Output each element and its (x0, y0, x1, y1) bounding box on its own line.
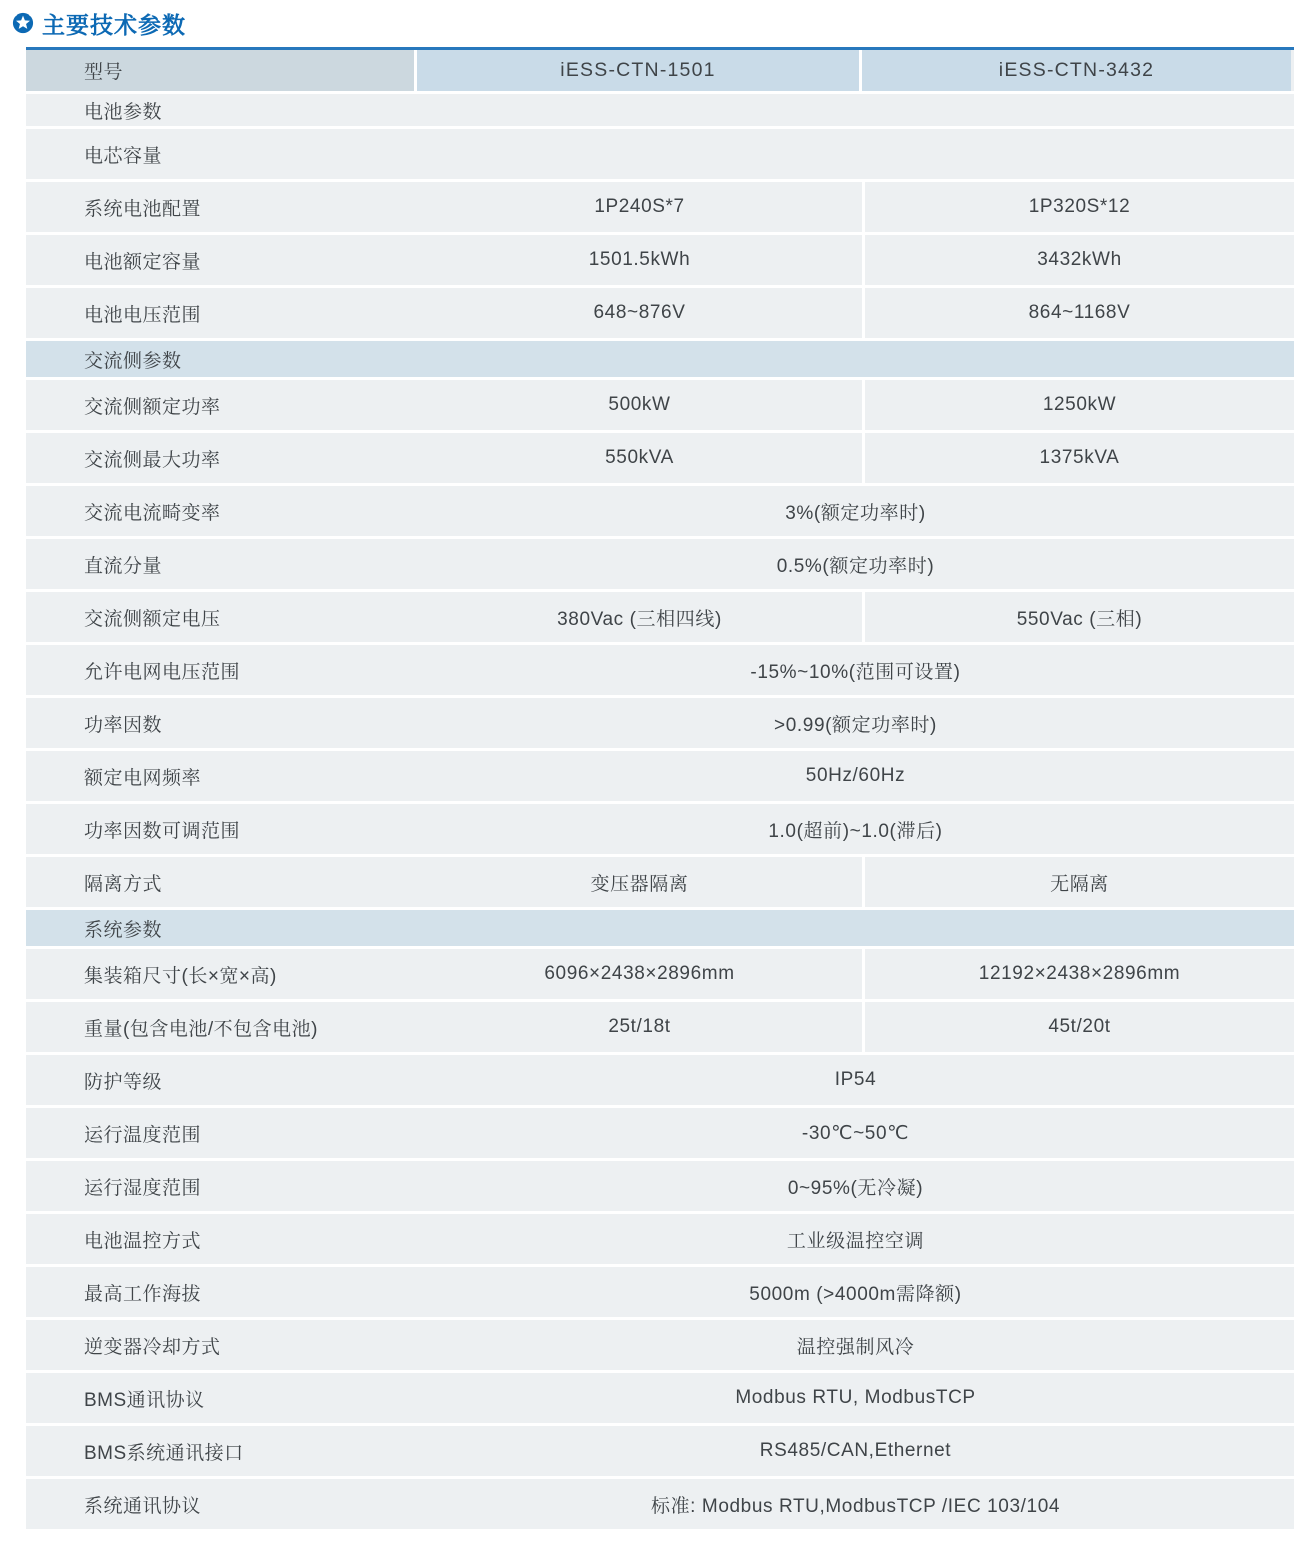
row-label: 防护等级 (26, 1055, 417, 1105)
row-value: 标准: Modbus RTU,ModbusTCP /IEC 103/104 (417, 1479, 1294, 1529)
row-value: 12192×2438×2896mm (862, 949, 1294, 999)
row-values: 标准: Modbus RTU,ModbusTCP /IEC 103/104 (417, 1479, 1294, 1529)
row-label: 交流电流畸变率 (26, 486, 417, 536)
row-value: 无隔离 (862, 857, 1294, 907)
table-row: 最高工作海拔5000m (>4000m需降额) (26, 1267, 1294, 1317)
table-row: 电池额定容量1501.5kWh3432kWh (26, 235, 1294, 285)
row-label: 功率因数 (26, 698, 417, 748)
table-row: 功率因数>0.99(额定功率时) (26, 698, 1294, 748)
row-label: 额定电网频率 (26, 751, 417, 801)
section-row: 交流侧参数 (26, 341, 1294, 377)
header-model-label: 型号 (26, 50, 417, 91)
row-label: 交流侧额定功率 (26, 380, 417, 430)
row-values: 648~876V864~1168V (417, 288, 1294, 338)
row-values: -30℃~50℃ (417, 1108, 1294, 1158)
table-row: BMS通讯协议Modbus RTU, ModbusTCP (26, 1373, 1294, 1423)
row-values: 6096×2438×2896mm12192×2438×2896mm (417, 949, 1294, 999)
row-value: 45t/20t (862, 1002, 1294, 1052)
row-values: 25t/18t45t/20t (417, 1002, 1294, 1052)
row-label: 运行湿度范围 (26, 1161, 417, 1211)
row-value: -30℃~50℃ (417, 1108, 1294, 1158)
row-label: 系统参数 (26, 910, 417, 946)
table-row: 交流侧额定电压380Vac (三相四线)550Vac (三相) (26, 592, 1294, 642)
page-title: 主要技术参数 (42, 7, 186, 40)
table-row: 运行温度范围-30℃~50℃ (26, 1108, 1294, 1158)
table-body: 电池参数电芯容量系统电池配置1P240S*71P320S*12电池额定容量150… (26, 94, 1294, 1529)
row-value: 648~876V (417, 288, 862, 338)
table-row: 逆变器冷却方式温控强制风冷 (26, 1320, 1294, 1370)
row-label: 重量(包含电池/不包含电池) (26, 1002, 417, 1052)
row-value: 0~95%(无冷凝) (417, 1161, 1294, 1211)
row-values: 50Hz/60Hz (417, 751, 1294, 801)
table-row: 电池电压范围648~876V864~1168V (26, 288, 1294, 338)
row-label: 电池参数 (26, 94, 417, 126)
row-value: 864~1168V (862, 288, 1294, 338)
row-label: 功率因数可调范围 (26, 804, 417, 854)
row-value: RS485/CAN,Ethernet (417, 1426, 1294, 1476)
row-value: 温控强制风冷 (417, 1320, 1294, 1370)
table-row: 集装箱尺寸(长×宽×高)6096×2438×2896mm12192×2438×2… (26, 949, 1294, 999)
row-values: 5000m (>4000m需降额) (417, 1267, 1294, 1317)
row-values: IP54 (417, 1055, 1294, 1105)
row-values: -15%~10%(范围可设置) (417, 645, 1294, 695)
row-value: IP54 (417, 1055, 1294, 1105)
star-circle-icon (12, 12, 34, 34)
table-row: 允许电网电压范围-15%~10%(范围可设置) (26, 645, 1294, 695)
table-row: 运行湿度范围0~95%(无冷凝) (26, 1161, 1294, 1211)
table-row: 功率因数可调范围1.0(超前)~1.0(滞后) (26, 804, 1294, 854)
row-values: RS485/CAN,Ethernet (417, 1426, 1294, 1476)
row-values (417, 94, 1294, 126)
row-values: 1P240S*71P320S*12 (417, 182, 1294, 232)
row-values: 500kW1250kW (417, 380, 1294, 430)
row-values: Modbus RTU, ModbusTCP (417, 1373, 1294, 1423)
header-model-2: iESS-CTN-3432 (859, 50, 1291, 91)
section-row: 电池参数 (26, 94, 1294, 126)
row-values (417, 910, 1294, 946)
row-value: 1P320S*12 (862, 182, 1294, 232)
table-row: 交流侧最大功率550kVA1375kVA (26, 433, 1294, 483)
table-row: 隔离方式变压器隔离无隔离 (26, 857, 1294, 907)
row-label: 系统电池配置 (26, 182, 417, 232)
row-value: 3%(额定功率时) (417, 486, 1294, 536)
row-values: 温控强制风冷 (417, 1320, 1294, 1370)
row-value: 1250kW (862, 380, 1294, 430)
table-row: 系统通讯协议标准: Modbus RTU,ModbusTCP /IEC 103/… (26, 1479, 1294, 1529)
row-value: 工业级温控空调 (417, 1214, 1294, 1264)
row-values (417, 341, 1294, 377)
row-label: 逆变器冷却方式 (26, 1320, 417, 1370)
row-value: 50Hz/60Hz (417, 751, 1294, 801)
table-row: 额定电网频率50Hz/60Hz (26, 751, 1294, 801)
row-value: 1501.5kWh (417, 235, 862, 285)
row-value: 变压器隔离 (417, 857, 862, 907)
row-values: 0~95%(无冷凝) (417, 1161, 1294, 1211)
header-values: iESS-CTN-1501 iESS-CTN-3432 (417, 50, 1294, 91)
row-value: 1.0(超前)~1.0(滞后) (417, 804, 1294, 854)
row-value: -15%~10%(范围可设置) (417, 645, 1294, 695)
row-label: 电池温控方式 (26, 1214, 417, 1264)
header-row: 型号 iESS-CTN-1501 iESS-CTN-3432 (26, 50, 1294, 91)
table-row: 系统电池配置1P240S*71P320S*12 (26, 182, 1294, 232)
row-value: 550Vac (三相) (862, 592, 1294, 642)
spec-sheet: 主要技术参数 型号 iESS-CTN-1501 iESS-CTN-3432 电池… (0, 0, 1300, 1529)
header-model-1: iESS-CTN-1501 (417, 50, 859, 91)
table-row: 直流分量0.5%(额定功率时) (26, 539, 1294, 589)
row-label: 最高工作海拔 (26, 1267, 417, 1317)
row-value: 500kW (417, 380, 862, 430)
row-values (417, 129, 1294, 179)
row-label: 集装箱尺寸(长×宽×高) (26, 949, 417, 999)
row-value: 380Vac (三相四线) (417, 592, 862, 642)
row-label: 电芯容量 (26, 129, 417, 179)
row-label: 运行温度范围 (26, 1108, 417, 1158)
row-values: 3%(额定功率时) (417, 486, 1294, 536)
row-label: 直流分量 (26, 539, 417, 589)
table-row: 重量(包含电池/不包含电池)25t/18t45t/20t (26, 1002, 1294, 1052)
table-row: 电芯容量 (26, 129, 1294, 179)
row-value: 6096×2438×2896mm (417, 949, 862, 999)
row-values: 变压器隔离无隔离 (417, 857, 1294, 907)
row-value: 5000m (>4000m需降额) (417, 1267, 1294, 1317)
row-label: 隔离方式 (26, 857, 417, 907)
row-values: 工业级温控空调 (417, 1214, 1294, 1264)
row-label: 系统通讯协议 (26, 1479, 417, 1529)
row-value: 550kVA (417, 433, 862, 483)
table-row: BMS系统通讯接口RS485/CAN,Ethernet (26, 1426, 1294, 1476)
row-values: 1.0(超前)~1.0(滞后) (417, 804, 1294, 854)
row-label: 允许电网电压范围 (26, 645, 417, 695)
row-value: 1375kVA (862, 433, 1294, 483)
row-values: 1501.5kWh3432kWh (417, 235, 1294, 285)
row-label: 电池电压范围 (26, 288, 417, 338)
table-row: 防护等级IP54 (26, 1055, 1294, 1105)
row-label: 交流侧参数 (26, 341, 417, 377)
row-value: 3432kWh (862, 235, 1294, 285)
row-label: 交流侧额定电压 (26, 592, 417, 642)
row-label: BMS通讯协议 (26, 1373, 417, 1423)
spec-table: 型号 iESS-CTN-1501 iESS-CTN-3432 电池参数电芯容量系… (26, 47, 1294, 1529)
row-value: 1P240S*7 (417, 182, 862, 232)
row-value: 25t/18t (417, 1002, 862, 1052)
row-label: 电池额定容量 (26, 235, 417, 285)
row-values: 550kVA1375kVA (417, 433, 1294, 483)
row-label: 交流侧最大功率 (26, 433, 417, 483)
row-value: Modbus RTU, ModbusTCP (417, 1373, 1294, 1423)
section-row: 系统参数 (26, 910, 1294, 946)
row-label: BMS系统通讯接口 (26, 1426, 417, 1476)
row-value: >0.99(额定功率时) (417, 698, 1294, 748)
row-values: 0.5%(额定功率时) (417, 539, 1294, 589)
section-title: 主要技术参数 (12, 8, 1294, 38)
row-values: 380Vac (三相四线)550Vac (三相) (417, 592, 1294, 642)
table-row: 交流侧额定功率500kW1250kW (26, 380, 1294, 430)
row-value: 0.5%(额定功率时) (417, 539, 1294, 589)
row-values: >0.99(额定功率时) (417, 698, 1294, 748)
table-row: 电池温控方式工业级温控空调 (26, 1214, 1294, 1264)
table-row: 交流电流畸变率3%(额定功率时) (26, 486, 1294, 536)
